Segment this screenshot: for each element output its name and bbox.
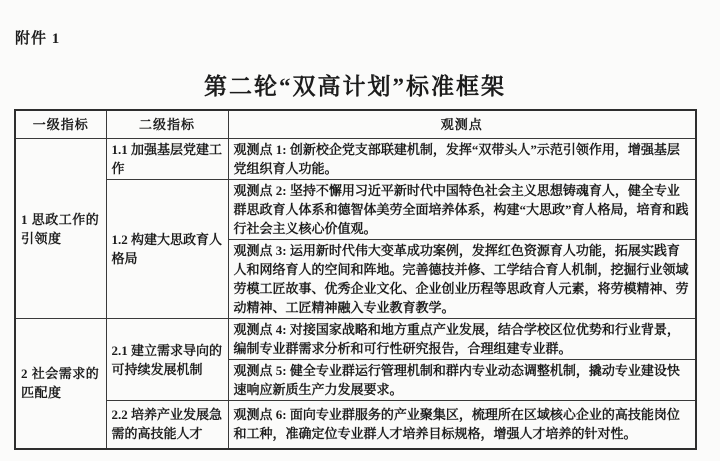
cell-level2-2-1: 2.1 建立需求导向的可持续发展机制 <box>106 319 228 401</box>
observation-4-text: 对接国家战略和地方重点产业发展，结合学校区位优势和行业背景，编制专业群需求分析和… <box>234 322 680 356</box>
observation-5-text: 健全专业群运行管理机制和群内专业动态调整机制，撬动专业建设快速响应新质生产力发展… <box>234 363 680 397</box>
cell-observation-5: 观测点 5: 健全专业群运行管理机制和群内专业动态调整机制，撬动专业建设快速响应… <box>228 360 696 401</box>
table-row: 2 社会需求的匹配度 2.1 建立需求导向的可持续发展机制 观测点 4: 对接国… <box>15 319 696 360</box>
cell-level1-social-demand: 2 社会需求的匹配度 <box>15 319 106 449</box>
cell-level2-1-2: 1.2 构建大思政育人格局 <box>106 180 228 319</box>
page-title: 第二轮“双高计划”标准框架 <box>0 68 710 101</box>
cell-level2-2-2: 2.2 培养产业发展急需的高技能人才 <box>106 401 228 449</box>
document-page: 附件 1 第二轮“双高计划”标准框架 一级指标 二级指标 观测点 1 思政工作的… <box>0 0 720 461</box>
cell-observation-2: 观测点 2: 坚持不懈用习近平新时代中国特色社会主义思想铸魂育人，健全专业群思政… <box>228 180 696 240</box>
observation-3-text: 运用新时代伟大变革成功案例，发挥红色资源育人功能，拓展实践育人和网络育人的空间和… <box>234 243 689 315</box>
cell-observation-4: 观测点 4: 对接国家战略和地方重点产业发展，结合学校区位优势和行业背景，编制专… <box>228 319 696 360</box>
cell-observation-3: 观测点 3: 运用新时代伟大变革成功案例，发挥红色资源育人功能，拓展实践育人和网… <box>228 240 696 319</box>
cell-level2-1-1: 1.1 加强基层党建工作 <box>106 139 228 180</box>
table-row: 1 思政工作的引领度 1.1 加强基层党建工作 观测点 1: 创新校企党支部联建… <box>15 139 696 180</box>
header-observation-point: 观测点 <box>228 110 696 139</box>
header-level1-indicator: 一级指标 <box>15 110 106 139</box>
observation-5-label: 观测点 5: <box>234 363 287 378</box>
attachment-label: 附件 1 <box>15 27 60 48</box>
observation-1-text: 创新校企党支部联建机制，发挥“双带头人”示范引领作用，增强基层党组织育人功能。 <box>234 142 680 176</box>
cell-level1-ideology: 1 思政工作的引领度 <box>15 139 106 319</box>
standards-framework-table: 一级指标 二级指标 观测点 1 思政工作的引领度 1.1 加强基层党建工作 观测… <box>14 109 697 450</box>
header-level2-indicator: 二级指标 <box>106 110 228 139</box>
table-row: 2.2 培养产业发展急需的高技能人才 观测点 6: 面向专业群服务的产业聚集区，… <box>15 401 696 449</box>
cell-observation-6: 观测点 6: 面向专业群服务的产业聚集区，梳理所在区域核心企业的高技能岗位和工种… <box>228 401 696 449</box>
observation-2-label: 观测点 2: <box>234 183 287 198</box>
observation-6-label: 观测点 6: <box>234 407 287 422</box>
observation-6-text: 面向专业群服务的产业聚集区，梳理所在区域核心企业的高技能岗位和工种，准确定位专业… <box>234 407 680 441</box>
observation-4-label: 观测点 4: <box>234 322 287 337</box>
cell-observation-1: 观测点 1: 创新校企党支部联建机制，发挥“双带头人”示范引领作用，增强基层党组… <box>228 139 696 180</box>
observation-1-label: 观测点 1: <box>234 142 287 157</box>
table-row: 1.2 构建大思政育人格局 观测点 2: 坚持不懈用习近平新时代中国特色社会主义… <box>15 180 696 240</box>
observation-3-label: 观测点 3: <box>234 243 287 258</box>
table-header-row: 一级指标 二级指标 观测点 <box>15 110 696 139</box>
observation-2-text: 坚持不懈用习近平新时代中国特色社会主义思想铸魂育人，健全专业群思政育人体系和德智… <box>234 183 689 236</box>
